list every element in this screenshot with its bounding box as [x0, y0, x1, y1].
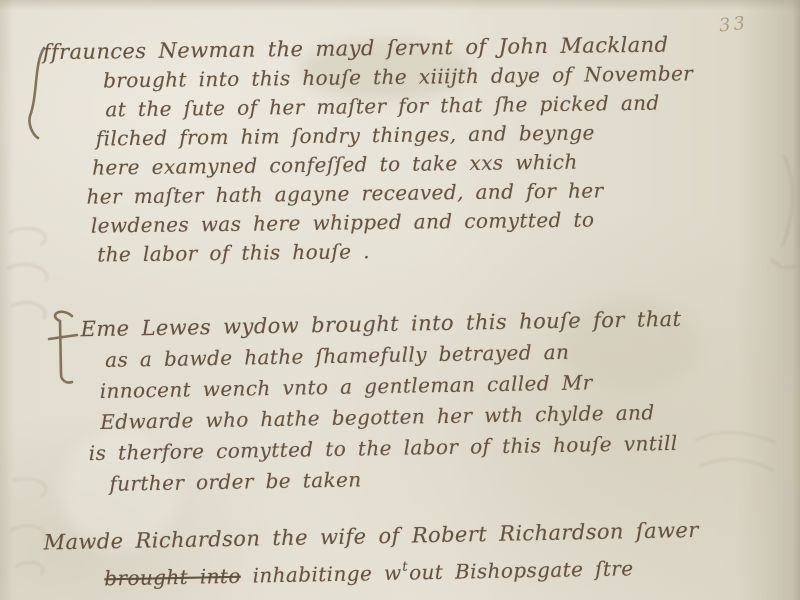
page-edge-shadow-top	[0, 0, 800, 10]
struck-through-text: brought into	[104, 564, 241, 591]
court-entry-3: Mawde Richardson the wife of Robert Rich…	[0, 517, 771, 600]
interlinear-insertion: t	[402, 560, 408, 575]
manuscript-text: inhabitinge w	[241, 561, 402, 588]
manuscript-page: 33 ffraunces Newman the mayd ſervnt of J…	[0, 0, 800, 600]
manuscript-text: out Bishopsgate ſtre	[409, 556, 634, 584]
court-entry-2: Eme Lewes wydow brought into this houſe …	[0, 305, 772, 504]
court-entry-1: ffraunces Newman the mayd ſervnt of John…	[0, 31, 771, 272]
